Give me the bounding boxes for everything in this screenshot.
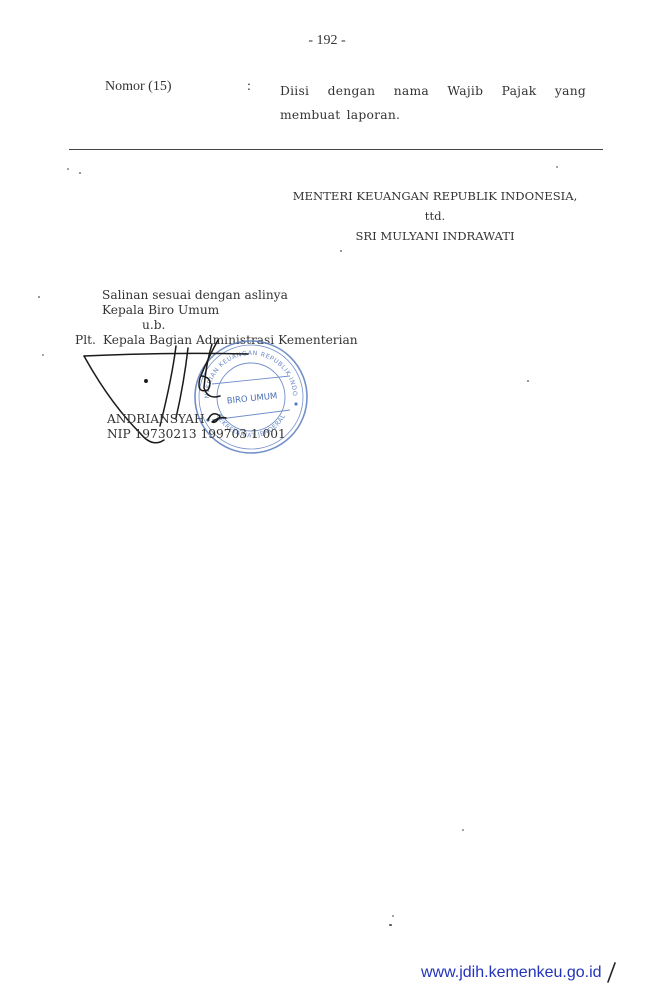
scan-speck — [389, 924, 392, 926]
bureau-head-line: Kepala Biro Umum — [102, 303, 219, 317]
scan-speck — [67, 168, 69, 170]
scan-speck — [556, 166, 558, 168]
pen-mark-icon — [604, 962, 618, 984]
official-name: ANDRIANSYAH — [107, 412, 205, 426]
scan-speck — [79, 172, 81, 174]
scan-speck — [462, 829, 464, 831]
scan-speck — [392, 915, 394, 917]
scan-speck — [42, 354, 44, 356]
scan-speck — [527, 380, 529, 382]
scan-speck — [340, 250, 342, 252]
scan-speck — [38, 296, 40, 298]
signed-note: ttd. — [270, 206, 600, 226]
jdih-website-link[interactable]: www.jdih.kemenkeu.go.id — [421, 964, 602, 982]
on-behalf-line: u.b. — [142, 318, 165, 332]
minister-title: MENTERI KEUANGAN REPUBLIK INDONESIA, — [270, 186, 600, 206]
definition-description: Diisi dengan nama Wajib Pajak yang membu… — [280, 79, 586, 127]
minister-name: SRI MULYANI INDRAWATI — [270, 226, 600, 246]
official-nip: NIP 19730213 199703 1 001 — [107, 427, 286, 441]
definition-separator: : — [247, 79, 251, 95]
definition-label: Nomor (15) — [105, 79, 172, 95]
minister-signature-block: MENTERI KEUANGAN REPUBLIK INDONESIA, ttd… — [270, 186, 600, 246]
section-divider — [69, 149, 603, 150]
page-number: - 192 - — [0, 33, 654, 49]
certified-copy-line: Salinan sesuai dengan aslinya — [102, 288, 288, 302]
